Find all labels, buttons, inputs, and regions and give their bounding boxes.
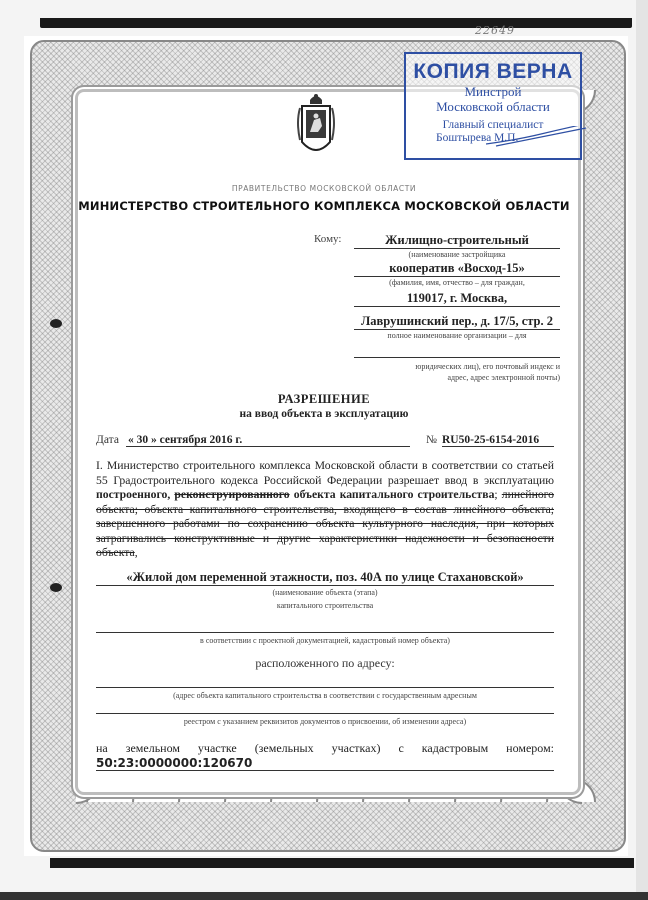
address-line-2 bbox=[96, 713, 554, 714]
punch-hole-top bbox=[50, 319, 62, 328]
location-hint-2: реестром с указанием реквизитов документ… bbox=[96, 717, 554, 726]
object-hint-2: капитального строительства bbox=[96, 601, 554, 610]
document-subtitle: на ввод объекта в эксплуатацию bbox=[0, 408, 648, 420]
recipient-line-3: 119017, г. Москва, bbox=[354, 290, 560, 307]
stamp-line-2: Московской области bbox=[406, 99, 580, 114]
scan-bottom-strip bbox=[0, 892, 648, 900]
recipient-hint-3: полное наименование организации – для bbox=[354, 330, 560, 341]
cadastral-number: 50:23:0000000:120670 bbox=[96, 756, 554, 771]
handwritten-number: 22649 bbox=[475, 24, 515, 37]
recipient-hint-4: юридических лиц), его почтовый индекс и bbox=[354, 361, 560, 372]
recipient-block: Кому: Жилищно-строительный (наименование… bbox=[314, 232, 560, 383]
scan-edge-top bbox=[40, 18, 632, 28]
signature-icon bbox=[486, 126, 596, 148]
recipient-hint-5: адрес, адрес электронной почты) bbox=[354, 372, 560, 383]
recipient-line-1: Жилищно-строительный bbox=[354, 232, 560, 249]
body-text-1: I. Министерство строительного комплекса … bbox=[96, 459, 554, 487]
land-plot-text: на земельном участке (земельных участках… bbox=[96, 741, 554, 756]
document-title: РАЗРЕШЕНИЕ bbox=[0, 392, 648, 407]
body-text-2: ; bbox=[494, 488, 501, 501]
scan-shadow bbox=[636, 0, 648, 892]
recipient-hint-1: (наименование застройщика bbox=[354, 249, 560, 260]
body-text-3: , bbox=[135, 546, 138, 559]
recipient-line-4: Лаврушинский пер., д. 17/5, стр. 2 bbox=[354, 313, 560, 330]
stamp-signer: Боштырева М.П. bbox=[406, 132, 580, 144]
government-line: ПРАВИТЕЛЬСТВО МОСКОВСКОЙ ОБЛАСТИ bbox=[0, 184, 648, 193]
punch-hole-bottom bbox=[50, 583, 62, 592]
recipient-label: Кому: bbox=[314, 233, 341, 245]
object-hint-1: (наименование объекта (этапа) bbox=[96, 588, 554, 597]
date-label: Дата bbox=[96, 434, 119, 446]
body-bold-1: построенного, bbox=[96, 488, 174, 501]
date-value: « 30 » сентября 2016 г. bbox=[126, 434, 410, 447]
recipient-hint-2: (фамилия, имя, отчество – для граждан, bbox=[354, 277, 560, 288]
object-name: «Жилой дом переменной этажности, поз. 40… bbox=[96, 569, 554, 586]
address-line-1 bbox=[96, 687, 554, 688]
ministry-name: МИНИСТЕРСТВО СТРОИТЕЛЬНОГО КОМПЛЕКСА МОС… bbox=[0, 199, 648, 213]
permit-body-paragraph: I. Министерство строительного комплекса … bbox=[96, 459, 554, 561]
scan-edge-bottom bbox=[50, 858, 634, 868]
recipient-blank-line bbox=[354, 341, 560, 358]
permit-number: RU50-25-6154-2016 bbox=[442, 434, 554, 447]
certified-copy-stamp: КОПИЯ ВЕРНА Минстрой Московской области … bbox=[404, 52, 582, 160]
body-strike-1: реконструированного bbox=[174, 488, 289, 501]
coat-of-arms-icon bbox=[296, 92, 336, 164]
location-label: расположенного по адресу: bbox=[96, 656, 554, 671]
stamp-line-1: Минстрой bbox=[406, 84, 580, 99]
object-hint-3: в соответствии с проектной документацией… bbox=[96, 636, 554, 645]
object-blank-line bbox=[96, 632, 554, 633]
recipient-line-2: кооператив «Восход-15» bbox=[354, 260, 560, 277]
body-bold-2: объекта капитального строительства bbox=[290, 488, 495, 501]
stamp-title: КОПИЯ ВЕРНА bbox=[406, 60, 580, 84]
location-hint-1: (адрес объекта капитального строительств… bbox=[96, 691, 554, 700]
number-label: № bbox=[426, 434, 437, 446]
